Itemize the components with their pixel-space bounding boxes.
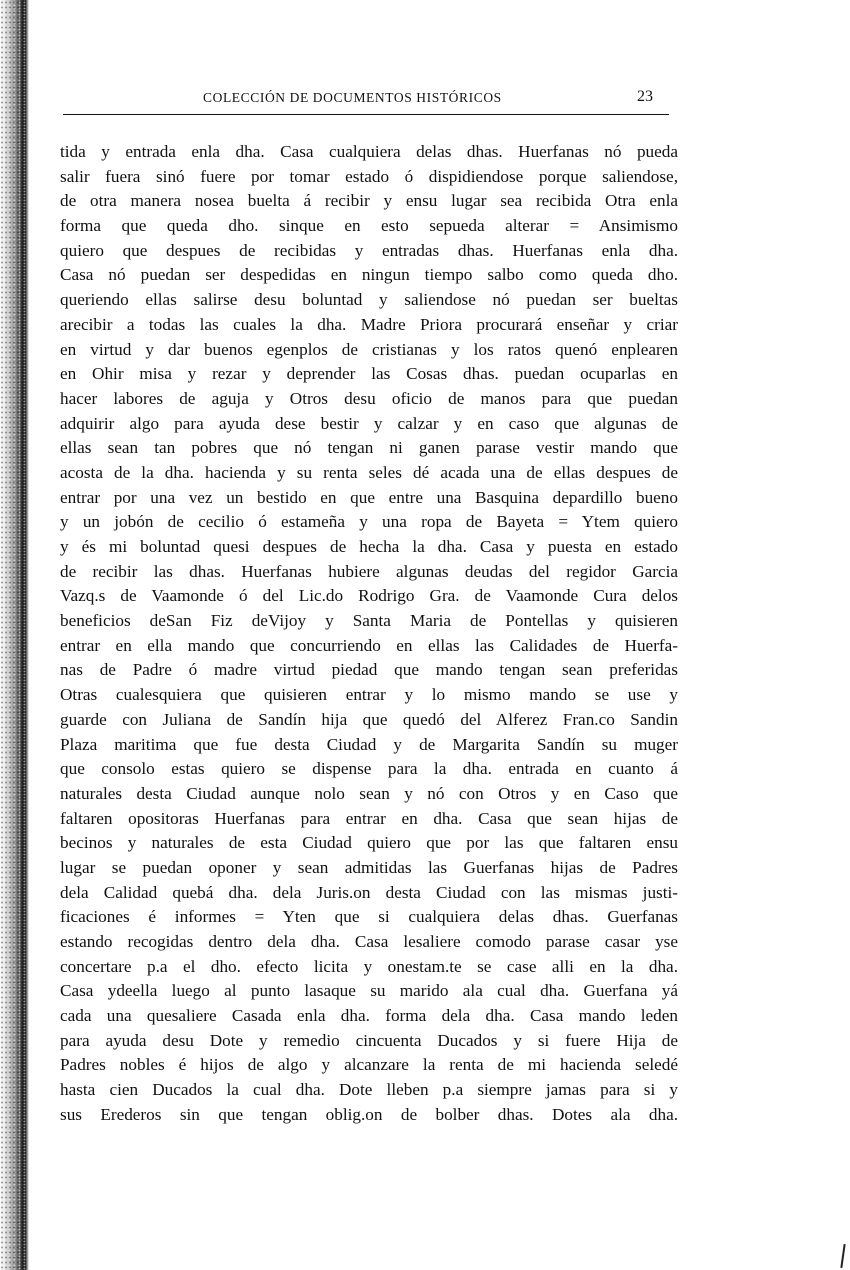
text-line: Padres nobles é hijos de algo y alcanzar… <box>60 1053 678 1078</box>
text-line: becinos y naturales de esta Ciudad quier… <box>60 831 678 856</box>
text-line: sus Erederos sin que tengan oblig.on de … <box>60 1103 678 1128</box>
text-line: quiero que despues de recibidas y entrad… <box>60 239 678 264</box>
text-line: lugar se puedan oponer y sean admitidas … <box>60 856 678 881</box>
text-line: nas de Padre ó madre virtud piedad que m… <box>60 658 678 683</box>
text-line: concertare p.a el dho. efecto licita y o… <box>60 955 678 980</box>
text-line: dela Calidad quebá dha. dela Juris.on de… <box>60 881 678 906</box>
text-line: de otra manera nosea buelta á recibir y … <box>60 189 678 214</box>
text-line: tida y entrada enla dha. Casa cualquiera… <box>60 140 678 165</box>
page-number: 23 <box>637 88 653 106</box>
running-header: Colección de documentos históricos 23 <box>63 88 669 115</box>
body-text: tida y entrada enla dha. Casa cualquiera… <box>60 140 678 1128</box>
scanned-page: Colección de documentos históricos 23 ti… <box>0 0 850 1270</box>
text-line: salir fuera sinó fuere por tomar estado … <box>60 165 678 190</box>
text-line: y un jobón de cecilio ó estameña y una r… <box>60 510 678 535</box>
running-title: Colección de documentos históricos <box>203 90 502 106</box>
text-line: ficaciones é informes = Yten que si cual… <box>60 905 678 930</box>
text-line: beneficios deSan Fiz deVijoy y Santa Mar… <box>60 609 678 634</box>
text-line: en virtud y dar buenos egenplos de crist… <box>60 338 678 363</box>
text-line: guarde con Juliana de Sandín hija que qu… <box>60 708 678 733</box>
text-line: adquirir algo para ayuda dese bestir y c… <box>60 412 678 437</box>
text-line: para ayuda desu Dote y remedio cincuenta… <box>60 1029 678 1054</box>
text-line: y és mi boluntad quesi despues de hecha … <box>60 535 678 560</box>
text-line: acosta de la dha. hacienda y su renta se… <box>60 461 678 486</box>
text-line: forma que queda dho. sinque en esto sepu… <box>60 214 678 239</box>
binding-scan-noise <box>0 0 26 1270</box>
text-line: cada una quesaliere Casada enla dha. for… <box>60 1004 678 1029</box>
text-line: estando recogidas dentro dela dha. Casa … <box>60 930 678 955</box>
text-line: entrar en ella mando que concurriendo en… <box>60 634 678 659</box>
text-line: Casa ydeella luego al punto lasaque su m… <box>60 979 678 1004</box>
text-line: Casa nó puedan ser despedidas en ningun … <box>60 263 678 288</box>
text-line: ellas sean tan pobres que nó tengan ni g… <box>60 436 678 461</box>
text-line: de recibir las dhas. Huerfanas hubiere a… <box>60 560 678 585</box>
text-line: arecibir a todas las cuales la dha. Madr… <box>60 313 678 338</box>
text-line: que consolo estas quiero se dispense par… <box>60 757 678 782</box>
text-line: Otras cualesquiera que quisieren entrar … <box>60 683 678 708</box>
text-line: queriendo ellas salirse desu boluntad y … <box>60 288 678 313</box>
text-line: naturales desta Ciudad aunque nolo sean … <box>60 782 678 807</box>
text-line: hacer labores de aguja y Otros desu ofic… <box>60 387 678 412</box>
text-line: hasta cien Ducados la cual dha. Dote lle… <box>60 1078 678 1103</box>
text-line: entrar por una vez un bestido en que ent… <box>60 486 678 511</box>
text-line: Vazq.s de Vaamonde ó del Lic.do Rodrigo … <box>60 584 678 609</box>
text-line: en Ohir misa y rezar y deprender las Cos… <box>60 362 678 387</box>
text-line: faltaren opositoras Huerfanas para entra… <box>60 807 678 832</box>
text-line: Plaza maritima que fue desta Ciudad y de… <box>60 733 678 758</box>
scan-edge-mark <box>840 1244 845 1268</box>
